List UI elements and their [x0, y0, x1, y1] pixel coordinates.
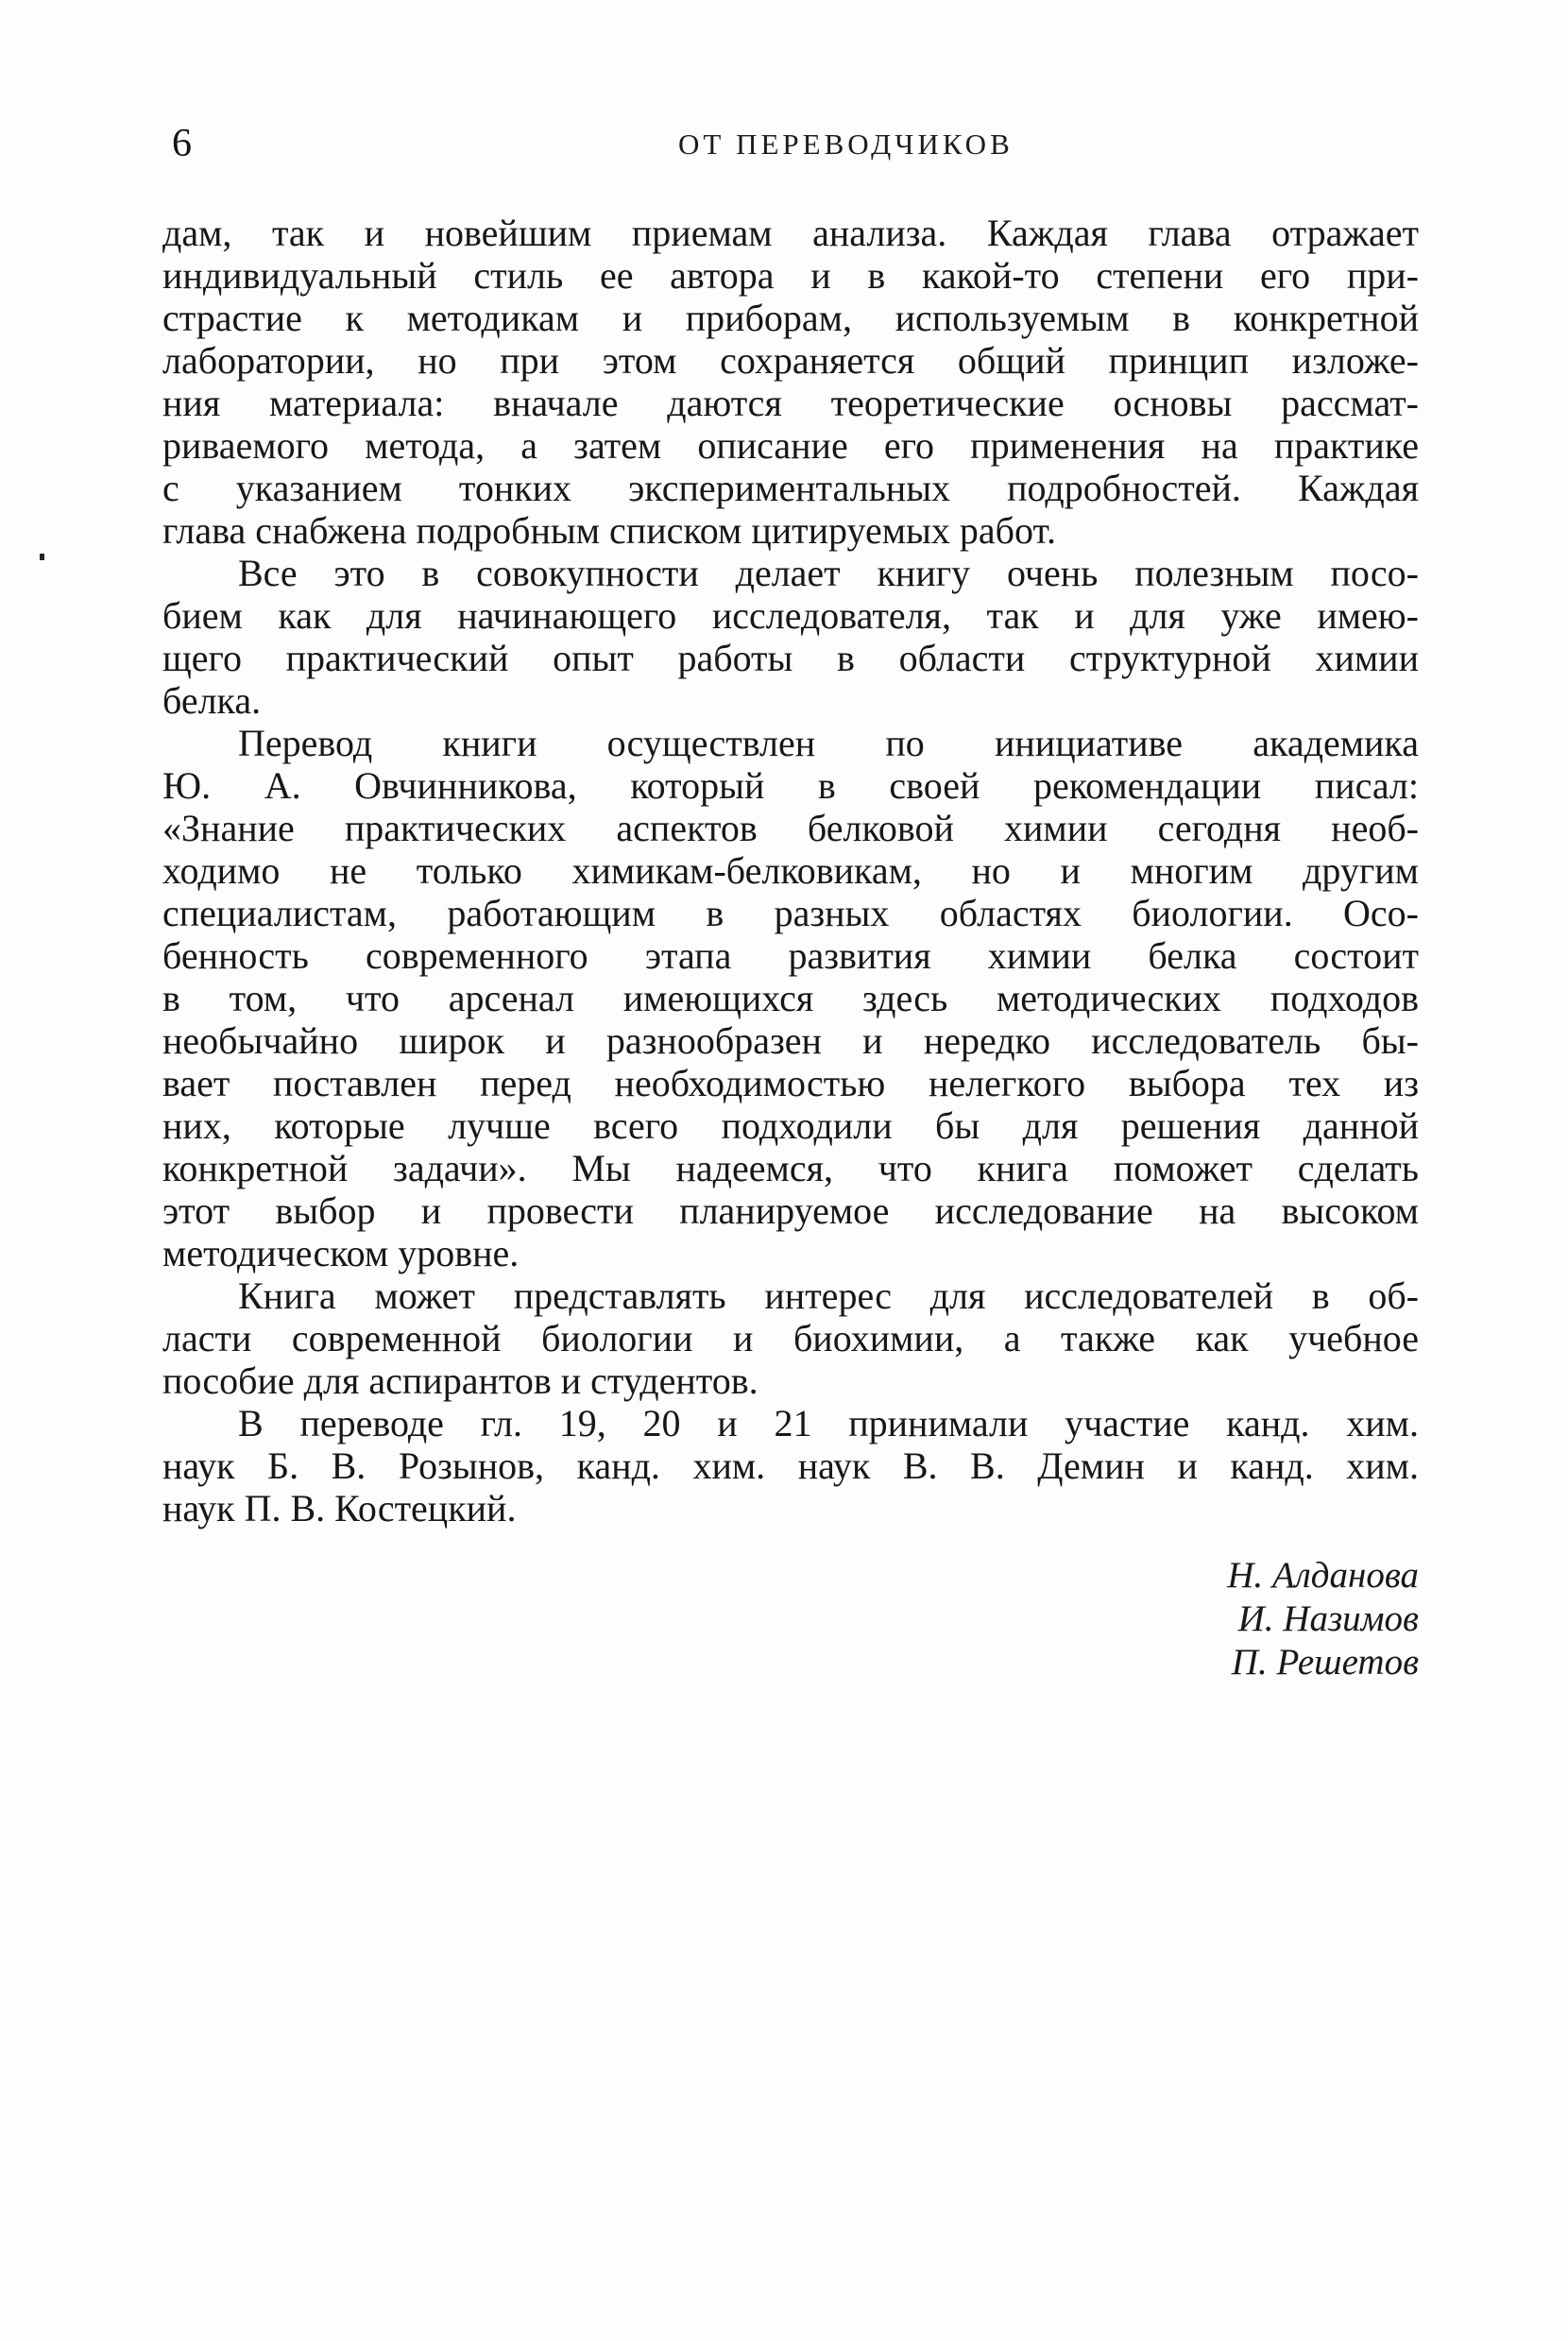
text-line: вает поставлен перед необходимостью неле… — [162, 1062, 1419, 1104]
text-line: лаборатории, но при этом сохраняется общ… — [162, 339, 1419, 382]
text-line: ходимо не только химикам-белковикам, но … — [162, 849, 1419, 892]
signature: Н. Алданова — [162, 1554, 1419, 1598]
signature: И. Назимов — [162, 1598, 1419, 1641]
text-line: страстие к методикам и приборам, использ… — [162, 297, 1419, 339]
text-line: этот выбор и провести планируемое исслед… — [162, 1189, 1419, 1232]
text-line: Книга может представлять интерес для исс… — [162, 1274, 1419, 1317]
text-line: белка. — [162, 679, 1419, 722]
text-line: конкретной задачи». Мы надеемся, что кни… — [162, 1147, 1419, 1189]
text-line: Ю. А. Овчинникова, который в своей реком… — [162, 764, 1419, 807]
text-line: наук Б. В. Розынов, канд. хим. наук В. В… — [162, 1444, 1419, 1487]
text-block: дам, так и новейшим приемам анализа. Каж… — [162, 212, 1419, 1529]
signature: П. Решетов — [162, 1641, 1419, 1684]
text-line: наук П. В. Костецкий. — [162, 1487, 1419, 1529]
text-line: индивидуальный стиль ее автора и в какой… — [162, 254, 1419, 297]
book-page: 6 ОТ ПЕРЕВОДЧИКОВ дам, так и новейшим пр… — [0, 0, 1568, 2341]
page-number: 6 — [172, 121, 192, 166]
paragraph: дам, так и новейшим приемам анализа. Каж… — [162, 212, 1419, 552]
text-line: них, которые лучше всего подходили бы дл… — [162, 1104, 1419, 1147]
paragraph: Книга может представлять интерес для исс… — [162, 1274, 1419, 1402]
text-line: необычайно широк и разнообразен и нередк… — [162, 1019, 1419, 1062]
text-line: Все это в совокупности делает книгу очен… — [162, 552, 1419, 594]
text-line: глава снабжена подробным списком цитируе… — [162, 509, 1419, 552]
text-line: Перевод книги осуществлен по инициативе … — [162, 722, 1419, 764]
text-line: щего практический опыт работы в области … — [162, 637, 1419, 679]
paragraph: Все это в совокупности делает книгу очен… — [162, 552, 1419, 722]
text-line: пособие для аспирантов и студентов. — [162, 1359, 1419, 1402]
text-line: бенность современного этапа развития хим… — [162, 934, 1419, 977]
text-line: специалистам, работающим в разных област… — [162, 892, 1419, 934]
text-line: методическом уровне. — [162, 1232, 1419, 1274]
text-line: в том, что арсенал имеющихся здесь метод… — [162, 977, 1419, 1019]
paragraph: В переводе гл. 19, 20 и 21 принимали уча… — [162, 1402, 1419, 1529]
text-line: риваемого метода, а затем описание его п… — [162, 424, 1419, 467]
text-line: ния материала: вначале даются теоретичес… — [162, 382, 1419, 424]
paragraph: Перевод книги осуществлен по инициативе … — [162, 722, 1419, 1274]
text-line: дам, так и новейшим приемам анализа. Каж… — [162, 212, 1419, 254]
text-line: бием как для начинающего исследователя, … — [162, 594, 1419, 637]
text-line: ласти современной биологии и биохимии, а… — [162, 1317, 1419, 1359]
running-title: ОТ ПЕРЕВОДЧИКОВ — [678, 127, 1014, 162]
text-line: с указанием тонких экспериментальных под… — [162, 467, 1419, 509]
scan-artifact-dot — [40, 554, 44, 560]
signatures: Н. АлдановаИ. НазимовП. Решетов — [162, 1554, 1419, 1684]
text-line: «Знание практических аспектов белковой х… — [162, 807, 1419, 849]
text-line: В переводе гл. 19, 20 и 21 принимали уча… — [162, 1402, 1419, 1444]
